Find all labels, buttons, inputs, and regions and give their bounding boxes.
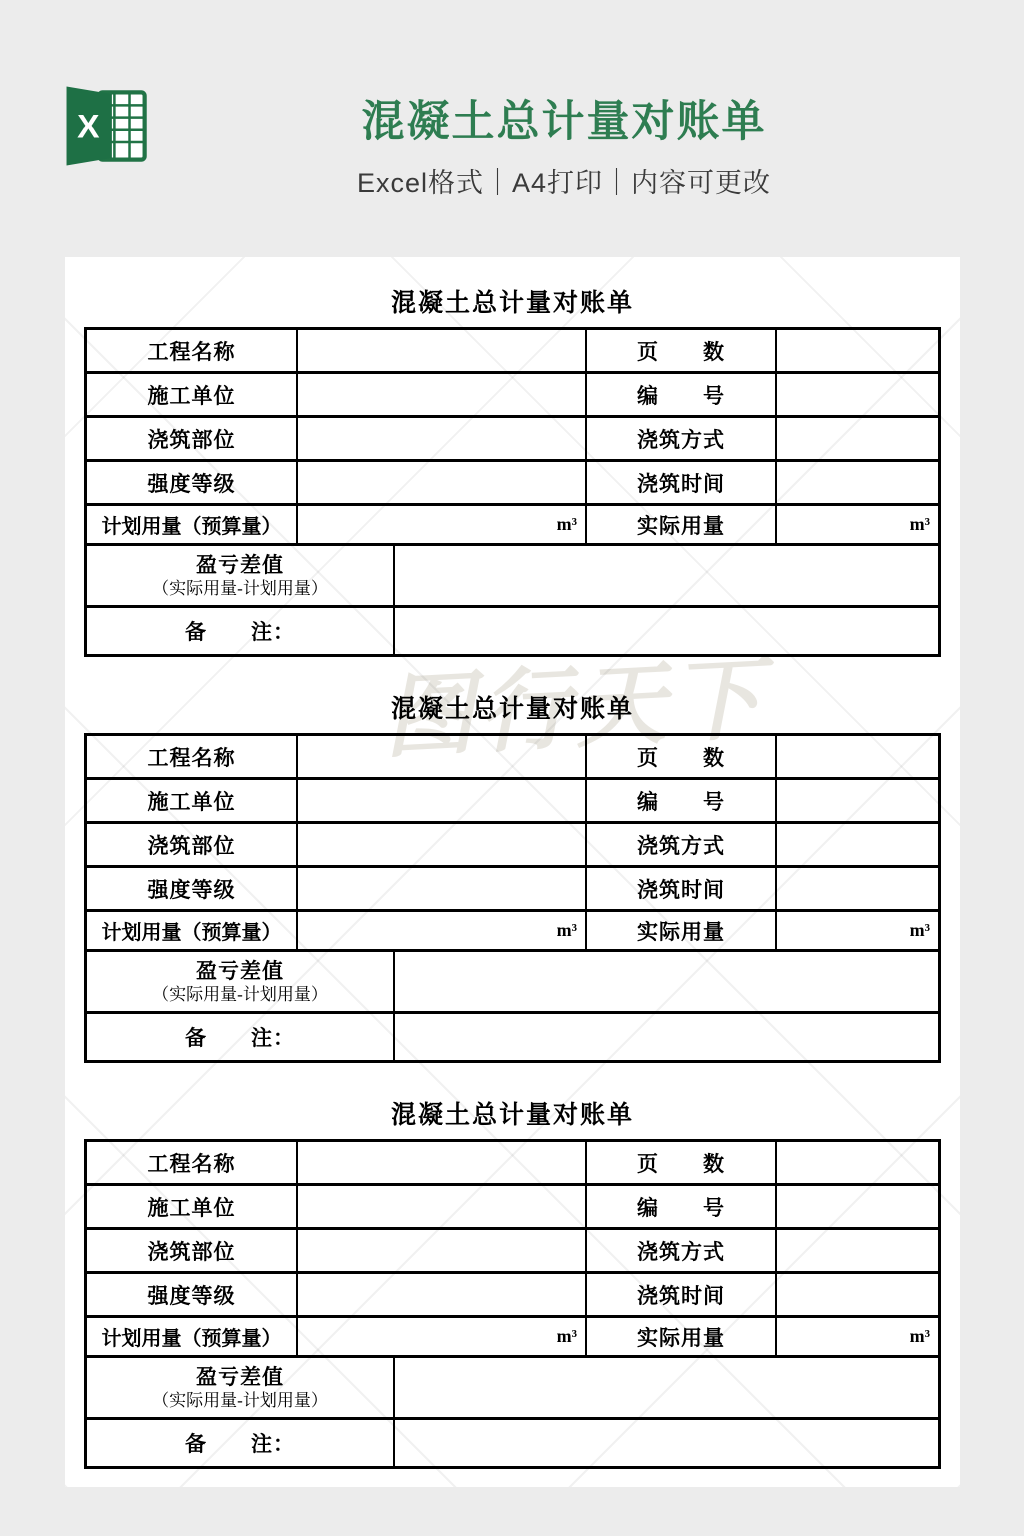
remarks-label: 备 注： xyxy=(87,1014,395,1060)
difference-label: 盈亏差值 （实际用量-计划用量） xyxy=(87,952,395,1011)
pouring-part-input[interactable] xyxy=(298,824,587,865)
table-row-project-name: 工程名称 页 数 xyxy=(87,1142,938,1186)
contractor-input[interactable] xyxy=(298,374,587,415)
excel-logo-icon: X xyxy=(64,84,148,168)
project-name-label: 工程名称 xyxy=(87,330,298,371)
difference-label-formula: （实际用量-计划用量） xyxy=(152,1390,328,1411)
table-row-planned-quantity: 计划用量（预算量） m³ 实际用量 m³ xyxy=(87,1318,938,1358)
sheet-table: 工程名称 页 数 施工单位 编 号 浇筑部位 浇筑方式 强度等级 浇 xyxy=(84,1139,941,1469)
pouring-time-label: 浇筑时间 xyxy=(587,462,777,503)
difference-label-main: 盈亏差值 xyxy=(196,1364,284,1390)
strength-grade-input[interactable] xyxy=(298,868,587,909)
planned-quantity-input[interactable]: m³ xyxy=(298,912,587,949)
serial-number-input[interactable] xyxy=(777,780,938,821)
serial-number-input[interactable] xyxy=(777,1186,938,1227)
strength-grade-label: 强度等级 xyxy=(87,868,298,909)
remarks-input[interactable] xyxy=(395,1420,938,1466)
difference-label: 盈亏差值 （实际用量-计划用量） xyxy=(87,1358,395,1417)
pouring-method-label: 浇筑方式 xyxy=(587,1230,777,1271)
table-row-strength-grade: 强度等级 浇筑时间 xyxy=(87,868,938,912)
page-count-label: 页 数 xyxy=(587,736,777,777)
contractor-label: 施工单位 xyxy=(87,374,298,415)
sheet-table: 工程名称 页 数 施工单位 编 号 浇筑部位 浇筑方式 强度等级 浇 xyxy=(84,327,941,657)
page-count-label: 页 数 xyxy=(587,330,777,371)
contractor-label: 施工单位 xyxy=(87,780,298,821)
table-row-pouring-part: 浇筑部位 浇筑方式 xyxy=(87,1230,938,1274)
pouring-method-input[interactable] xyxy=(777,1230,938,1271)
project-name-input[interactable] xyxy=(298,330,587,371)
page-count-input[interactable] xyxy=(777,330,938,371)
page-subtitle: Excel格式｜A4打印｜内容可更改 xyxy=(357,161,771,200)
pouring-time-input[interactable] xyxy=(777,868,938,909)
difference-input[interactable] xyxy=(395,546,938,605)
table-row-project-name: 工程名称 页 数 xyxy=(87,330,938,374)
page-count-input[interactable] xyxy=(777,736,938,777)
serial-number-input[interactable] xyxy=(777,374,938,415)
project-name-input[interactable] xyxy=(298,736,587,777)
contractor-label: 施工单位 xyxy=(87,1186,298,1227)
reconciliation-sheet: 混凝土总计量对账单 工程名称 页 数 施工单位 编 号 浇筑部位 浇筑方式 xyxy=(84,1099,941,1469)
template-header: X 混凝土总计量对账单 Excel格式｜A4打印｜内容可更改 xyxy=(0,0,1024,257)
actual-quantity-label: 实际用量 xyxy=(587,912,777,949)
table-row-contractor: 施工单位 编 号 xyxy=(87,780,938,824)
table-row-contractor: 施工单位 编 号 xyxy=(87,1186,938,1230)
remarks-input[interactable] xyxy=(395,608,938,654)
table-row-difference: 盈亏差值 （实际用量-计划用量） xyxy=(87,546,938,608)
sheet-title: 混凝土总计量对账单 xyxy=(84,287,941,327)
pouring-time-label: 浇筑时间 xyxy=(587,868,777,909)
pouring-time-label: 浇筑时间 xyxy=(587,1274,777,1315)
difference-input[interactable] xyxy=(395,1358,938,1417)
reconciliation-sheet: 混凝土总计量对账单 工程名称 页 数 施工单位 编 号 浇筑部位 浇筑方式 xyxy=(84,693,941,1063)
contractor-input[interactable] xyxy=(298,1186,587,1227)
project-name-label: 工程名称 xyxy=(87,1142,298,1183)
table-row-remarks: 备 注： xyxy=(87,1014,938,1060)
serial-number-label: 编 号 xyxy=(587,780,777,821)
pouring-method-input[interactable] xyxy=(777,418,938,459)
sheet-title: 混凝土总计量对账单 xyxy=(84,1099,941,1139)
difference-label-main: 盈亏差值 xyxy=(196,552,284,578)
table-row-difference: 盈亏差值 （实际用量-计划用量） xyxy=(87,1358,938,1420)
table-row-planned-quantity: 计划用量（预算量） m³ 实际用量 m³ xyxy=(87,912,938,952)
pouring-time-input[interactable] xyxy=(777,462,938,503)
strength-grade-input[interactable] xyxy=(298,1274,587,1315)
table-row-strength-grade: 强度等级 浇筑时间 xyxy=(87,1274,938,1318)
table-row-contractor: 施工单位 编 号 xyxy=(87,374,938,418)
table-row-planned-quantity: 计划用量（预算量） m³ 实际用量 m³ xyxy=(87,506,938,546)
planned-quantity-label: 计划用量（预算量） xyxy=(87,506,298,543)
table-row-pouring-part: 浇筑部位 浇筑方式 xyxy=(87,418,938,462)
planned-quantity-label: 计划用量（预算量） xyxy=(87,912,298,949)
table-row-difference: 盈亏差值 （实际用量-计划用量） xyxy=(87,952,938,1014)
table-row-remarks: 备 注： xyxy=(87,1420,938,1466)
table-row-remarks: 备 注： xyxy=(87,608,938,654)
sheet-title: 混凝土总计量对账单 xyxy=(84,693,941,733)
actual-quantity-input[interactable]: m³ xyxy=(777,912,938,949)
contractor-input[interactable] xyxy=(298,780,587,821)
sheet-table: 工程名称 页 数 施工单位 编 号 浇筑部位 浇筑方式 强度等级 浇 xyxy=(84,733,941,1063)
difference-label-main: 盈亏差值 xyxy=(196,958,284,984)
table-row-project-name: 工程名称 页 数 xyxy=(87,736,938,780)
pouring-part-label: 浇筑部位 xyxy=(87,824,298,865)
difference-input[interactable] xyxy=(395,952,938,1011)
strength-grade-label: 强度等级 xyxy=(87,1274,298,1315)
remarks-input[interactable] xyxy=(395,1014,938,1060)
planned-quantity-input[interactable]: m³ xyxy=(298,506,587,543)
excel-icon-letter: X xyxy=(77,109,100,146)
pouring-part-label: 浇筑部位 xyxy=(87,1230,298,1271)
strength-grade-input[interactable] xyxy=(298,462,587,503)
project-name-input[interactable] xyxy=(298,1142,587,1183)
sheet-list: 混凝土总计量对账单 工程名称 页 数 施工单位 编 号 浇筑部位 浇筑方式 xyxy=(84,287,941,1469)
remarks-label: 备 注： xyxy=(87,1420,395,1466)
actual-quantity-input[interactable]: m³ xyxy=(777,506,938,543)
serial-number-label: 编 号 xyxy=(587,1186,777,1227)
planned-quantity-input[interactable]: m³ xyxy=(298,1318,587,1355)
page-count-label: 页 数 xyxy=(587,1142,777,1183)
pouring-method-label: 浇筑方式 xyxy=(587,824,777,865)
pouring-part-label: 浇筑部位 xyxy=(87,418,298,459)
page-title: 混凝土总计量对账单 xyxy=(357,88,771,149)
pouring-method-input[interactable] xyxy=(777,824,938,865)
page-count-input[interactable] xyxy=(777,1142,938,1183)
pouring-part-input[interactable] xyxy=(298,418,587,459)
table-row-pouring-part: 浇筑部位 浇筑方式 xyxy=(87,824,938,868)
actual-quantity-label: 实际用量 xyxy=(587,506,777,543)
serial-number-label: 编 号 xyxy=(587,374,777,415)
pouring-time-input[interactable] xyxy=(777,1274,938,1315)
project-name-label: 工程名称 xyxy=(87,736,298,777)
table-row-strength-grade: 强度等级 浇筑时间 xyxy=(87,462,938,506)
pouring-method-label: 浇筑方式 xyxy=(587,418,777,459)
actual-quantity-label: 实际用量 xyxy=(587,1318,777,1355)
difference-label-formula: （实际用量-计划用量） xyxy=(152,578,328,599)
reconciliation-sheet: 混凝土总计量对账单 工程名称 页 数 施工单位 编 号 浇筑部位 浇筑方式 xyxy=(84,287,941,657)
planned-quantity-label: 计划用量（预算量） xyxy=(87,1318,298,1355)
strength-grade-label: 强度等级 xyxy=(87,462,298,503)
pouring-part-input[interactable] xyxy=(298,1230,587,1271)
remarks-label: 备 注： xyxy=(87,608,395,654)
difference-label: 盈亏差值 （实际用量-计划用量） xyxy=(87,546,395,605)
document-paper: 图行天下 混凝土总计量对账单 工程名称 页 数 施工单位 编 号 浇筑部位 浇筑… xyxy=(65,257,960,1487)
difference-label-formula: （实际用量-计划用量） xyxy=(152,984,328,1005)
actual-quantity-input[interactable]: m³ xyxy=(777,1318,938,1355)
